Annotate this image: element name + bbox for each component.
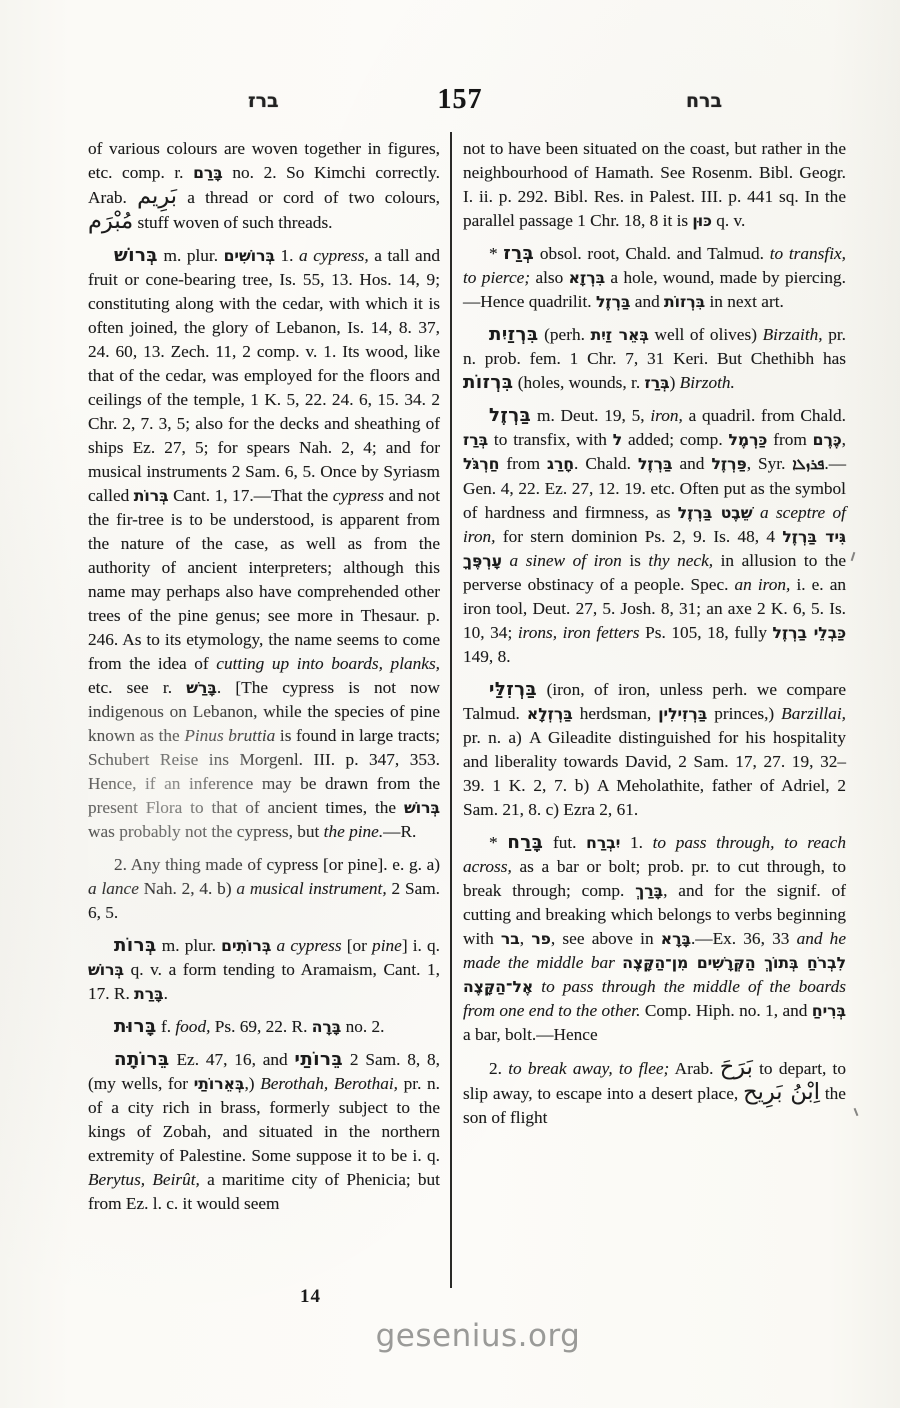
body-text: .—Ex. 36, 33 [691, 929, 797, 948]
body-text: * [489, 244, 503, 263]
body-text: q. v. [712, 211, 745, 230]
body-text: f. [157, 1017, 176, 1036]
hebrew-inline: חַרְגֹּל [463, 455, 499, 473]
hebrew-inline: כּוּן [692, 212, 712, 230]
italic-text: a lance [88, 879, 139, 898]
italic-text: irons, iron fetters [518, 623, 640, 642]
italic-text: to break away, to flee; [508, 1059, 669, 1078]
hebrew-inline: בָּרַשׁ [186, 679, 217, 697]
running-head-left-catchword: ברז [248, 90, 279, 112]
italic-text: Berytus, Beirût, [88, 1170, 200, 1189]
body-text: Comp. Hiph. no. 1, and [640, 1001, 811, 1020]
body-text: 1. [275, 246, 299, 265]
arabic-inline: مُبْرَم [88, 208, 133, 234]
italic-text: iron, [650, 406, 683, 425]
body-text: ] i. q. [402, 936, 440, 955]
body-text: Ps. 105, 18, fully [640, 623, 773, 642]
italic-text: pine [372, 936, 402, 955]
italic-text: a cypress, [299, 246, 369, 265]
hebrew-inline: בָּרַךְ [635, 882, 663, 900]
running-head: ברז 157 ברח [0, 84, 900, 124]
italic-text: Birzaith, [763, 325, 823, 344]
sense-2-berosh: 2. Any thing made of cypress [or pine]. … [88, 853, 440, 925]
body-text: added; comp. [622, 430, 728, 449]
body-text: fut. [543, 833, 586, 852]
body-text: 1. [620, 833, 652, 852]
body-text: herdsman, [573, 704, 658, 723]
hebrew-inline: בָּרַת [134, 985, 164, 1003]
body-text: was probably not the cypress, but [88, 822, 324, 841]
body-text: , [520, 929, 532, 948]
page-number: 157 [420, 84, 500, 116]
continuation-barom: of various colours are woven together in… [88, 137, 440, 235]
body-text: princes,) [707, 704, 781, 723]
scan-speck [854, 1108, 859, 1116]
scanned-lexicon-page: ברז 157 ברח of various colours are woven… [0, 0, 900, 1408]
body-text: 2. [489, 1059, 508, 1078]
body-text: 149, 8. [463, 647, 511, 666]
body-text: * [489, 833, 507, 852]
body-text: , Syr. [747, 454, 793, 473]
hebrew-inline: שֵׁבֶט בַּרְזֶל [678, 504, 753, 522]
entry-barzel: בַּרְזֶל m. Deut. 19, 5, iron, a quadril… [463, 404, 846, 669]
hebrew-inline: בִּרְזָא [569, 269, 605, 287]
italic-text: an iron, [735, 575, 791, 594]
body-text: , see above in [551, 929, 661, 948]
hebrew-inline: פַּרְזֶל [711, 455, 746, 473]
body-text [753, 503, 760, 522]
hebrew-headword: בָּרַח [507, 832, 543, 853]
hebrew-inline: בְּרוֹשׁ [88, 961, 124, 979]
body-text: Ez. 47, 16, and [170, 1050, 295, 1069]
hebrew-inline: בָּרָה [312, 1018, 342, 1036]
hebrew-inline: בְּרַז [644, 374, 669, 392]
body-text: ,) [244, 1074, 260, 1093]
hebrew-headword: בֵּרוֹתַי [295, 1049, 344, 1070]
hebrew-inline: בַּרְזֶל [638, 455, 673, 473]
body-text: obsol. root, Chald. and Talmud. [534, 244, 770, 263]
body-text: a tall and fruit or cone-bearing tree, I… [88, 246, 440, 505]
hebrew-inline: בְּרוֹתִים [221, 937, 271, 955]
arabic-inline: بَرِيم [137, 183, 177, 209]
hebrew-inline: בָּרָא [661, 930, 691, 948]
hebrew-inline: בְּרוֹשִׁים [224, 247, 275, 265]
body-text: . [164, 984, 168, 1003]
hebrew-headword: בְּרַז [503, 243, 534, 264]
body-text: pr. n. a) A Gileadite distinguished for … [463, 728, 846, 819]
body-text: to transfix, with [488, 430, 613, 449]
scan-speck [851, 552, 856, 561]
body-text: [or [342, 936, 373, 955]
body-text: a thread or cord of two colours, [177, 188, 440, 207]
hebrew-headword: בֵּרוֹתָה [114, 1049, 170, 1070]
entry-baruth: בָּרוּת f. food, Ps. 69, 22. R. בָּרָה n… [88, 1015, 440, 1039]
body-text: etc. see r. [88, 678, 186, 697]
body-text: Arab. [669, 1059, 719, 1078]
hebrew-inline: חָרַג [547, 455, 574, 473]
hebrew-inline: ל [613, 431, 622, 449]
sense-2-barach: 2. to break away, to flee; Arab. بَرَحَ … [463, 1056, 846, 1130]
watermark-text: gesenius.org [0, 1318, 900, 1354]
italic-text: Pinus bruttia [184, 726, 275, 745]
hebrew-headword: בַּרְזֶל [489, 405, 531, 426]
body-text: . Chald. [574, 454, 638, 473]
entry-baraz: * בְּרַז obsol. root, Chald. and Talmud.… [463, 242, 846, 314]
right-text-column: not to have been situated on the coast, … [463, 137, 846, 1130]
hebrew-headword: בָּרוּת [114, 1016, 157, 1037]
hebrew-inline: בַּרְזְלָא [527, 705, 573, 723]
hebrew-inline: בְּאֵרוֹתַי [194, 1075, 245, 1093]
body-text: stuff woven of such threads. [133, 213, 332, 232]
body-text: m. plur. [157, 936, 221, 955]
body-text: Nah. 2, 4. b) [139, 879, 237, 898]
italic-text: cypress [333, 486, 384, 505]
italic-text: Birzoth. [680, 373, 735, 392]
body-text: m. plur. [158, 246, 224, 265]
hebrew-inline: בְּאֵר זַיִת [591, 326, 649, 344]
entry-berosh: בְּרוֹשׁ m. plur. בְּרוֹשִׁים 1. a cypre… [88, 244, 440, 844]
body-text: not to have been situated on the coast, … [463, 139, 846, 230]
italic-text: Barzillai, [781, 704, 846, 723]
hebrew-inline: בִּרְזוֹת [664, 293, 705, 311]
body-text: for stern dominion Ps. 2, 9. Is. 48, 4 [496, 527, 783, 546]
body-text: from [767, 430, 812, 449]
hebrew-headword: בִּרְזוֹת [463, 372, 513, 393]
body-text: ) [670, 373, 680, 392]
italic-text: thy neck, [648, 551, 713, 570]
hebrew-inline: כֶּרֶם [813, 431, 842, 449]
entry-barzillai: בַּרְזִלַּי (iron, of iron, unless perh.… [463, 678, 846, 822]
entry-barach: * בָּרַח fut. יִבְרַח 1. to pass through… [463, 831, 846, 1047]
body-text: (holes, wounds, r. [513, 373, 644, 392]
hebrew-inline: כַּרְמֶל [728, 431, 767, 449]
hebrew-inline: בַּרְזֶל [596, 293, 631, 311]
syriac-inline: ܦܪܙܠܐ [792, 456, 824, 473]
hebrew-headword: בַּרְזִלַּי [489, 679, 537, 700]
italic-text: cutting up into boards, planks, [216, 654, 440, 673]
body-text: —R. [383, 822, 416, 841]
italic-text: Berothah, Berothai, [260, 1074, 398, 1093]
italic-text: a cypress [277, 936, 342, 955]
body-text: (perh. [539, 325, 591, 344]
body-text: Cant. 1, 17.—That the [169, 486, 333, 505]
italic-text: a musical instrument, [236, 879, 386, 898]
body-text: Ps. 69, 22. R. [210, 1017, 311, 1036]
hebrew-inline: בר [501, 930, 520, 948]
body-text: and [672, 454, 711, 473]
hebrew-inline: בְּרוֹת [134, 487, 169, 505]
body-text [502, 551, 510, 570]
body-text: and not the fir-tree is to be understood… [88, 486, 440, 673]
hebrew-headword: בִּרְזַיִת [489, 324, 539, 345]
body-text: a quadril. from Chald. [683, 406, 846, 425]
entry-berothah: בֵּרוֹתָה Ez. 47, 16, and בֵּרוֹתַי 2 Sa… [88, 1048, 440, 1216]
hebrew-headword: בְּרוֹשׁ [114, 245, 158, 266]
running-head-right-catchword: ברח [686, 90, 722, 112]
body-text: and [630, 292, 664, 311]
hebrew-inline: בְּרַז [463, 431, 488, 449]
continuation-berothah: not to have been situated on the coast, … [463, 137, 846, 233]
body-text: in next art. [705, 292, 784, 311]
hebrew-headword: בְּרוֹת [114, 935, 157, 956]
body-text: well of olives) [649, 325, 763, 344]
body-text: is [622, 551, 649, 570]
arabic-inline: اِبْنُ بَرِيح [743, 1079, 820, 1105]
hebrew-inline: יִבְרַח [586, 834, 620, 852]
arabic-inline: بَرَحَ [720, 1054, 753, 1080]
body-text: , [842, 430, 846, 449]
signature-number: 14 [300, 1286, 321, 1308]
hebrew-inline: פר [531, 930, 551, 948]
body-text: m. Deut. 19, 5, [531, 406, 650, 425]
hebrew-inline: כַּבְלֵי בַרְזֶל [773, 624, 846, 642]
italic-text: the pine. [324, 822, 384, 841]
hebrew-inline: בַּרְזִילִין [658, 705, 707, 723]
hebrew-inline: בְּרוֹשׁ [404, 799, 440, 817]
italic-text: food, [175, 1017, 210, 1036]
entry-beroth: בְּרוֹת m. plur. בְּרוֹתִים a cypress [o… [88, 934, 440, 1006]
column-divider-rule [450, 132, 452, 1288]
italic-text: a sinew of iron [510, 551, 622, 570]
entry-birzaith: בִּרְזַיִת (perh. בְּאֵר זַיִת well of o… [463, 323, 846, 395]
body-text: 2. Any thing made of cypress [or pine]. … [114, 855, 440, 874]
left-text-column: of various colours are woven together in… [88, 137, 440, 1216]
hebrew-inline: בְּרִיחַ [812, 1002, 846, 1020]
body-text: no. 2. [341, 1017, 384, 1036]
body-text: also [530, 268, 569, 287]
body-text: from [499, 454, 547, 473]
body-text: a bar, bolt.—Hence [463, 1025, 598, 1044]
hebrew-inline: בָּרַם [193, 164, 223, 182]
